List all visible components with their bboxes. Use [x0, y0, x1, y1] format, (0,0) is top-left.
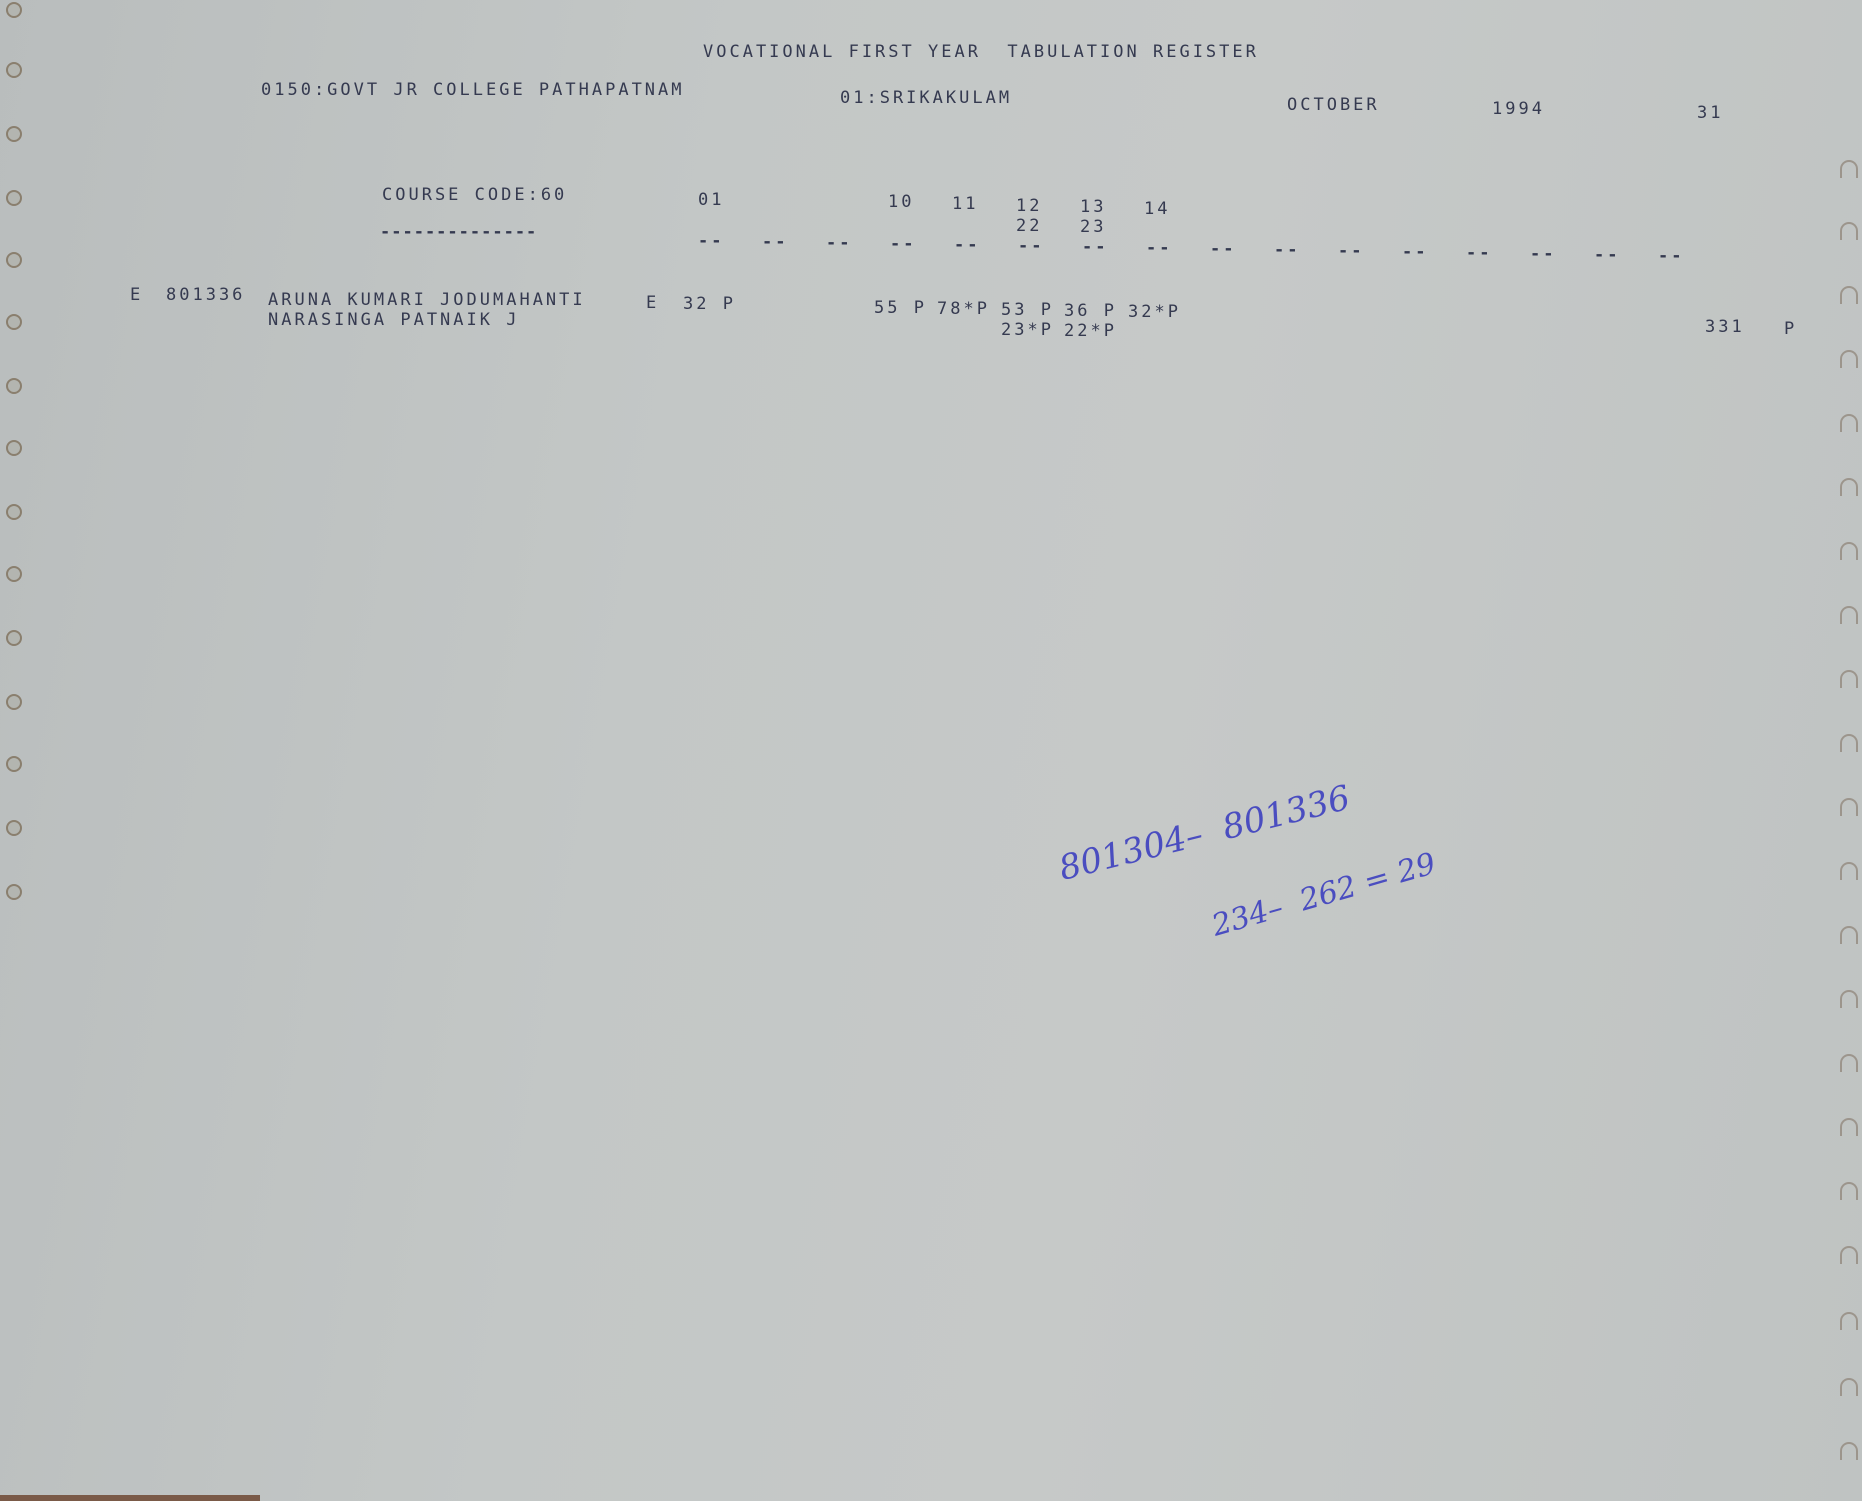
feed-hole: [6, 190, 22, 206]
dash-separator: --: [1146, 238, 1172, 258]
feed-hole: [1840, 670, 1858, 688]
paper-bottom-edge: [0, 1495, 260, 1501]
feed-hole: [1840, 1182, 1858, 1200]
medium: E: [646, 293, 659, 313]
dash-separator: --: [1530, 244, 1556, 264]
dash-separator: --: [1466, 243, 1492, 263]
marks-subject-10: 55 P: [874, 298, 927, 318]
feed-hole: [6, 884, 22, 900]
feed-hole: [1840, 542, 1858, 560]
feed-hole: [1840, 990, 1858, 1008]
feed-hole: [1840, 862, 1858, 880]
feed-hole: [6, 820, 22, 836]
feed-hole: [6, 694, 22, 710]
feed-hole: [6, 126, 22, 142]
column-code-12: 12: [1016, 196, 1042, 216]
course-code-underline: --------------: [380, 222, 537, 242]
student-name-line1: ARUNA KUMARI JODUMAHANTI: [268, 290, 586, 310]
dash-separator: --: [762, 232, 788, 252]
feed-hole: [6, 252, 22, 268]
feed-hole: [1840, 798, 1858, 816]
feed-hole: [6, 62, 22, 78]
hall-ticket-number: 801336: [166, 285, 245, 305]
column-code-14: 14: [1144, 199, 1170, 219]
district-name: 01:SRIKAKULAM: [840, 88, 1012, 108]
dash-separator: --: [1658, 246, 1684, 266]
feed-hole: [1840, 350, 1858, 368]
feed-hole: [1840, 160, 1858, 178]
dash-separator: --: [1082, 237, 1108, 257]
dash-separator: --: [1018, 236, 1044, 256]
dash-separator: --: [1210, 239, 1236, 259]
feed-hole: [1840, 1442, 1858, 1460]
column-code-10: 10: [888, 192, 914, 212]
marks-subject-13: 36 P: [1064, 301, 1117, 321]
feed-hole: [1840, 606, 1858, 624]
column-code-22: 22: [1016, 216, 1042, 236]
dash-separator: --: [1338, 241, 1364, 261]
record-category: E: [130, 285, 143, 305]
exam-year: 1994: [1492, 99, 1545, 119]
marks-subject-12: 53 P: [1001, 300, 1054, 320]
dash-separator: --: [954, 235, 980, 255]
feed-hole: [6, 756, 22, 772]
marks-subject-11: 78*P: [937, 299, 990, 319]
student-name-line2: NARASINGA PATNAIK J: [268, 310, 519, 330]
feed-hole: [1840, 734, 1858, 752]
feed-hole: [6, 440, 22, 456]
column-code-13: 13: [1080, 197, 1106, 217]
feed-hole: [1840, 1054, 1858, 1072]
page-number: 31: [1697, 103, 1723, 123]
feed-hole: [1840, 1118, 1858, 1136]
column-code-23: 23: [1080, 217, 1106, 237]
feed-hole: [1840, 1246, 1858, 1264]
total-marks: 331: [1705, 317, 1745, 337]
marks-subject-14: 32*P: [1128, 302, 1181, 322]
column-code-01: 01: [698, 190, 724, 210]
feed-hole: [6, 2, 22, 18]
exam-month: OCTOBER: [1287, 95, 1380, 115]
dash-separator: --: [1594, 245, 1620, 265]
column-code-11: 11: [952, 194, 978, 214]
course-code-label: COURSE CODE:60: [382, 185, 567, 205]
feed-hole: [6, 378, 22, 394]
marks-subject-01: 32 P: [683, 294, 736, 314]
dash-separator: --: [1402, 242, 1428, 262]
dash-separator: --: [826, 233, 852, 253]
feed-hole: [1840, 478, 1858, 496]
feed-hole: [6, 504, 22, 520]
handwritten-range-line: 801304– 801336: [1055, 778, 1354, 889]
college-name: 0150:GOVT JR COLLEGE PATHAPATNAM: [261, 80, 685, 100]
feed-hole: [1840, 222, 1858, 240]
result-status: P: [1784, 319, 1797, 339]
feed-hole: [1840, 414, 1858, 432]
feed-hole: [1840, 926, 1858, 944]
feed-hole: [6, 630, 22, 646]
feed-hole: [6, 314, 22, 330]
dash-separator: --: [890, 234, 916, 254]
marks-subject-22: 23*P: [1001, 320, 1054, 340]
feed-hole: [1840, 286, 1858, 304]
register-title: VOCATIONAL FIRST YEAR TABULATION REGISTE…: [703, 42, 1259, 62]
handwritten-count-line: 234– 262 = 29: [1208, 846, 1440, 943]
feed-hole: [6, 566, 22, 582]
feed-hole: [1840, 1312, 1858, 1330]
dash-separator: --: [1274, 240, 1300, 260]
feed-hole: [1840, 1378, 1858, 1396]
dash-separator: --: [698, 231, 724, 251]
marks-subject-23: 22*P: [1064, 321, 1117, 341]
